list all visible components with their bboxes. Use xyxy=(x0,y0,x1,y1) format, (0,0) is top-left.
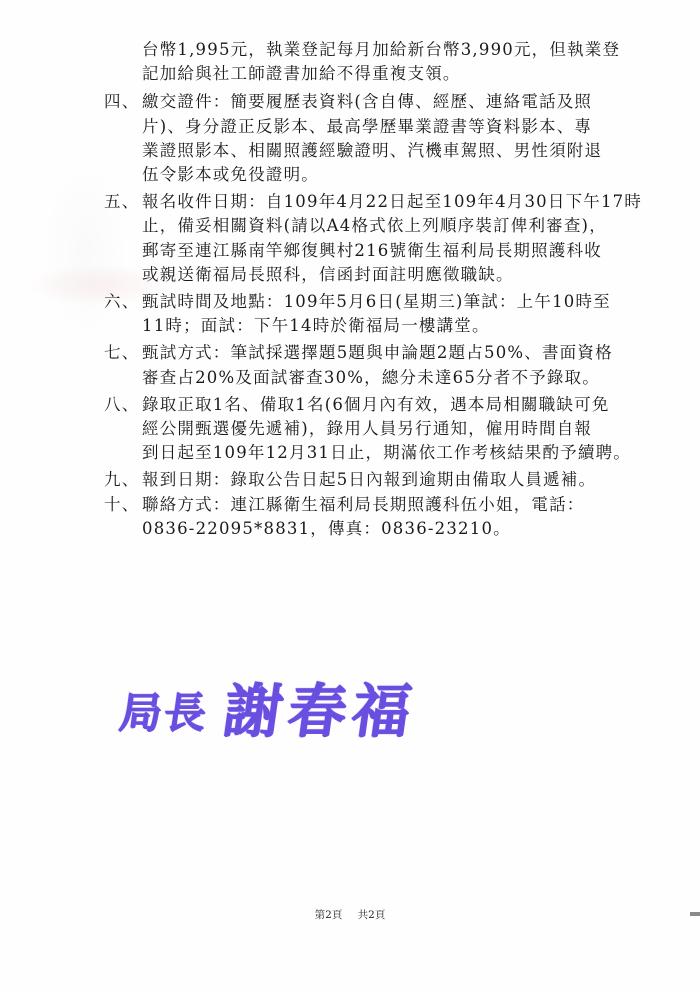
list-item-4-documents: 四、 繳交證件：簡要履歷表資料(含自傳、經歷、連絡電話及照 片)、身分證正反影本… xyxy=(104,90,634,187)
item-line: 繳交證件：簡要履歷表資料(含自傳、經歷、連絡電話及照 xyxy=(142,90,592,114)
item-line: 11時；面試：下午14時於衛福局一樓講堂。 xyxy=(104,314,634,338)
director-signature-stamp: 局長 謝春福 xyxy=(116,682,420,740)
continuation-line: 記加給與社工師證書加給不得重複支領。 xyxy=(104,62,634,86)
page-number-total: 共2頁 xyxy=(358,909,386,921)
item-marker: 九、 xyxy=(104,468,142,492)
scan-edge-mark xyxy=(690,912,700,916)
item-line: 經公開甄選優先遞補)，錄用人員另行通知，僱用時間自報 xyxy=(104,417,634,441)
list-item-10-contact: 十、 聯絡方式：連江縣衛生福利局長期照護科伍小姐，電話： 0836-22095*… xyxy=(104,493,634,541)
item-line: 郵寄至連江縣南竿鄉復興村216號衛生福利局長期照護科收 xyxy=(104,239,634,263)
item-line: 審查占20%及面試審查30%，總分未達65分者不予錄取。 xyxy=(104,366,634,390)
item-marker: 五、 xyxy=(104,190,142,214)
item-line: 甄試方式：筆試採選擇題5題與申論題2題占50%、書面資格 xyxy=(142,341,613,365)
item-marker: 八、 xyxy=(104,393,142,417)
list-item-5-application-dates: 五、 報名收件日期：自109年4月22日起至109年4月30日下午17時 止，備… xyxy=(104,190,634,287)
item-line: 止，備妥相關資料(請以A4格式依上列順序裝訂俾利審查)， xyxy=(104,214,634,238)
item-line: 聯絡方式：連江縣衛生福利局長期照護科伍小姐，電話： xyxy=(142,493,585,517)
item-marker: 四、 xyxy=(104,90,142,114)
page-footer: 第2頁 共2頁 xyxy=(0,907,700,922)
continuation-line: 台幣1,995元，執業登記每月加給新台幣3,990元，但執業登 xyxy=(104,38,634,62)
list-item-9-report-date: 九、 報到日期：錄取公告日起5日內報到逾期由備取人員遞補。 xyxy=(104,468,634,492)
item-line: 業證照影本、相關照護經驗證明、汽機車駕照、男性須附退 xyxy=(104,139,634,163)
item-marker: 六、 xyxy=(104,290,142,314)
item-line: 錄取正取1名、備取1名(6個月內有效，遇本局相關職缺可免 xyxy=(142,393,610,417)
signature-name: 謝春福 xyxy=(220,682,420,740)
item-line: 甄試時間及地點：109年5月6日(星期三)筆試：上午10時至 xyxy=(142,290,611,314)
list-item-7-exam-method: 七、 甄試方式：筆試採選擇題5題與申論題2題占50%、書面資格 審查占20%及面… xyxy=(104,341,634,389)
list-item-8-admission: 八、 錄取正取1名、備取1名(6個月內有效，遇本局相關職缺可免 經公開甄選優先遞… xyxy=(104,393,634,466)
document-page: 台幣1,995元，執業登記每月加給新台幣3,990元，但執業登 記加給與社工師證… xyxy=(0,0,700,990)
page-number-current: 第2頁 xyxy=(315,909,343,921)
item-line: 報名收件日期：自109年4月22日起至109年4月30日下午17時 xyxy=(142,190,642,214)
item-marker: 十、 xyxy=(104,493,142,517)
item-marker: 七、 xyxy=(104,341,142,365)
contact-numbers: 0836-22095*8831，傳真：0836-23210。 xyxy=(104,517,634,541)
item-line: 報到日期：錄取公告日起5日內報到逾期由備取人員遞補。 xyxy=(142,468,596,492)
item-line: 到日起至109年12月31日止，期滿依工作考核結果酌予續聘。 xyxy=(104,441,634,465)
item-line: 伍令影本或免役證明。 xyxy=(104,163,634,187)
document-body: 台幣1,995元，執業登記每月加給新台幣3,990元，但執業登 記加給與社工師證… xyxy=(104,38,634,541)
list-item-6-exam-time-place: 六、 甄試時間及地點：109年5月6日(星期三)筆試：上午10時至 11時；面試… xyxy=(104,290,634,338)
signature-title: 局長 xyxy=(116,692,211,740)
item-line: 片)、身分證正反影本、最高學歷畢業證書等資料影本、專 xyxy=(104,115,634,139)
item-line: 或親送衛福局長照科，信函封面註明應徵職缺。 xyxy=(104,263,634,287)
